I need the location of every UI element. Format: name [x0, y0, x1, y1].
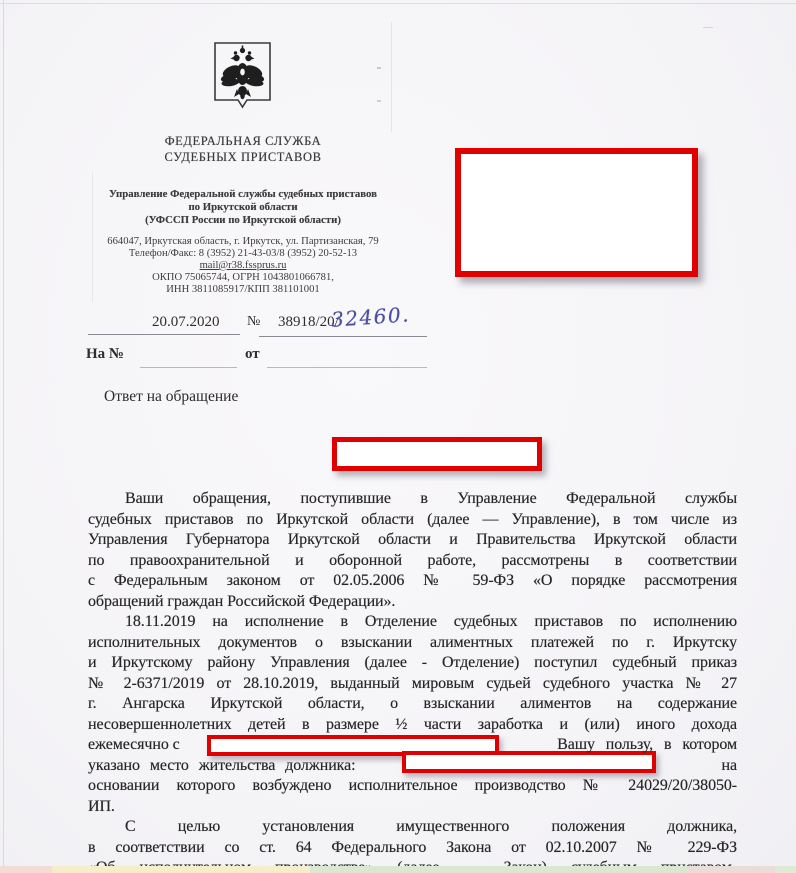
body-line: судебных приставов по Иркутской области … — [88, 510, 737, 531]
scan-edge-line — [3, 0, 4, 873]
body-line: С целью установления имущественного поло… — [88, 817, 737, 838]
bottom-strip-segment — [775, 866, 796, 873]
body-text: Ваши обращения, поступившие в Управление… — [88, 489, 737, 873]
org-codes-line1: ОКПО 75065744, ОГРН 1043801066781, — [78, 272, 408, 284]
body-line: указано место жительства должника:на — [88, 756, 737, 777]
na-no-underline — [140, 367, 237, 368]
body-line: основании которого возбуждено исполнител… — [88, 776, 737, 797]
body-line: с Федеральным законом от 02.05.2006 № 59… — [88, 571, 737, 592]
redaction-box-addressee-line — [332, 437, 542, 471]
scan-artifact-line — [391, 22, 392, 132]
postal-address: 664047, Иркутская область, г. Иркутск, у… — [78, 236, 408, 248]
date-underline — [88, 334, 240, 335]
body-line: Управления Губернатора Иркутской области… — [88, 530, 737, 551]
number-underline — [259, 336, 427, 337]
na-no-label: На № — [86, 346, 124, 363]
body-line: 18.11.2019 на исполнение в Отделение суд… — [88, 612, 737, 633]
bottom-strip-segment — [688, 866, 775, 873]
coat-of-arms-icon — [213, 41, 272, 116]
scan-edge-line — [0, 3, 796, 4]
body-line-left-segment: указано место жительства должника: — [88, 756, 355, 777]
body-line: ежемесячно сВашу пользу, в котором — [88, 735, 737, 756]
agency-name-line2: СУДЕБНЫХ ПРИСТАВОВ — [103, 150, 383, 166]
body-line: обращений граждан Российской Федерации». — [88, 592, 737, 613]
ot-underline — [267, 367, 427, 368]
body-line: по правоохранительной и оборонной работе… — [88, 551, 737, 572]
agency-name: ФЕДЕРАЛЬНАЯ СЛУЖБА СУДЕБНЫХ ПРИСТАВОВ — [103, 134, 383, 165]
office-name-line2: по Иркутской области — [78, 201, 408, 214]
handwritten-number: 32460. — [330, 302, 410, 331]
scan-artifact-mark — [703, 27, 713, 28]
scanned-letter-page: ФЕДЕРАЛЬНАЯ СЛУЖБА СУДЕБНЫХ ПРИСТАВОВ Уп… — [0, 0, 796, 873]
email-address: mail@r38.fssprus.ru — [78, 260, 408, 272]
bottom-strip-segment — [310, 866, 688, 873]
ot-label: от — [245, 346, 260, 363]
body-line: в соответствии со ст. 64 Федерального За… — [88, 838, 737, 859]
letterhead-address-block: Управление Федеральной службы судебных п… — [78, 188, 408, 296]
body-line: г. Ангарска Иркутской области, о взыскан… — [88, 694, 737, 715]
body-line-left-segment: ежемесячно с — [88, 735, 180, 756]
body-line: и Иркутскому району Управления (далее - … — [88, 653, 737, 674]
body-line: Ваши обращения, поступившие в Управление… — [88, 489, 737, 510]
bottom-strip-segment — [52, 866, 310, 873]
bottom-strip-segment — [0, 866, 52, 873]
office-name-line1: Управление Федеральной службы судебных п… — [78, 188, 408, 201]
scan-artifact-mark — [377, 67, 381, 69]
office-name-line3: (УФССП России по Иркутской области) — [78, 214, 408, 227]
body-line: несовершеннолетних детей в размере ½ час… — [88, 715, 737, 736]
letter-date: 20.07.2020 — [152, 314, 220, 331]
redaction-box-addressee-block — [455, 148, 698, 277]
body-line-right-segment: Вашу пользу, в котором — [557, 735, 737, 756]
scan-artifact-mark — [377, 100, 381, 102]
letter-number: 38918/20/ — [278, 314, 339, 331]
subject-line: Ответ на обращение — [104, 388, 238, 406]
body-line: № 2-6371/2019 от 28.10.2019, выданный ми… — [88, 674, 737, 695]
number-sign: № — [247, 314, 260, 330]
body-line-right-segment: на — [722, 756, 737, 777]
body-line: исполнительных документов о взыскании ал… — [88, 633, 737, 654]
phone-fax: Телефон/Факс: 8 (3952) 21-43-03/8 (3952)… — [78, 248, 408, 260]
org-codes-line2: ИНН 3811085917/КПП 381101001 — [78, 284, 408, 296]
body-line: ИП. — [88, 797, 737, 818]
agency-name-line1: ФЕДЕРАЛЬНАЯ СЛУЖБА — [103, 134, 383, 150]
